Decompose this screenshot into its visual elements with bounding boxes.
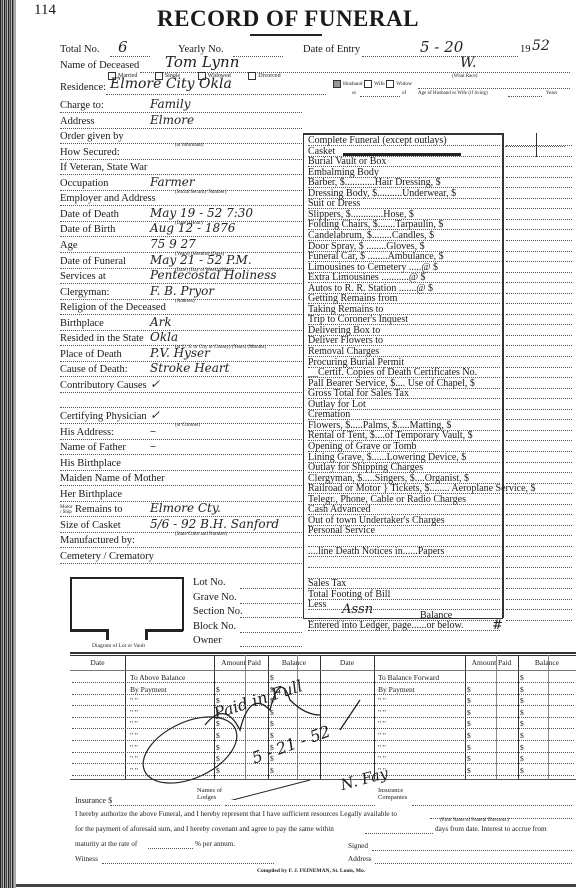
firm-name-note: (Firm Name of Funeral Directors.): [440, 818, 509, 823]
charge-item: Balance: [420, 610, 452, 621]
field-label: Resided in the State: [60, 333, 144, 344]
charge-amount-field[interactable]: [506, 514, 572, 515]
field-label: Religion of the Deceased: [60, 302, 166, 313]
charge-amount-field[interactable]: [506, 472, 572, 473]
ledger-currency: $: [520, 766, 524, 775]
charge-item: Cremation: [308, 409, 350, 420]
field-value[interactable]: 5/6 - 92 B.H. Sanford: [150, 517, 279, 531]
charge-amount-field[interactable]: [506, 187, 572, 188]
charge-item: Trip to Coroner's Inquest: [308, 314, 408, 325]
charge-item: Door Spray, $ ........Gloves, $: [308, 241, 425, 252]
charge-amount-field[interactable]: [506, 440, 572, 441]
charge-item: Limousines to Cemetery .....@ $: [308, 262, 438, 273]
field-value[interactable]: 75 9 27: [150, 237, 196, 251]
field-value[interactable]: ✓: [150, 377, 160, 391]
ledger-currency: $: [467, 685, 471, 694]
field-label: Size of Casket: [60, 520, 121, 531]
charge-amount-field[interactable]: [506, 409, 572, 410]
lot-field-input[interactable]: [240, 632, 302, 633]
field-label: Manufactured by:: [60, 535, 135, 546]
address-label: Address: [348, 855, 372, 863]
field-label: Name of Father: [60, 442, 126, 453]
charge-amount-field[interactable]: [506, 229, 572, 230]
charge-item: Flowers, $.....Palms, $.....Matting, $: [308, 420, 451, 431]
field-label: Clergyman:: [60, 287, 109, 298]
authorization-line-2b: days from date. Interest to accrue from: [435, 825, 547, 833]
field-label: Contributory Causes: [60, 380, 147, 391]
charge-item: Burial Vault or Box: [308, 156, 386, 167]
charge-item: Rental of Tent, $....of Temporary Vault,…: [308, 430, 473, 441]
charge-item: Candelabrum, $........Candles, $: [308, 230, 434, 241]
charge-amount-field[interactable]: [506, 398, 572, 399]
charge-item: Autos to R. R. Station .......@ $: [308, 283, 433, 294]
charge-item: Extra Limousines ...........@ $: [308, 272, 426, 283]
lot-field-input[interactable]: [240, 617, 302, 618]
field-value[interactable]: Farmer: [150, 175, 195, 189]
field-label: Order given by: [60, 131, 124, 142]
field-value[interactable]: Pentecostal Holiness: [150, 268, 277, 282]
charge-amount-field[interactable]: [506, 462, 572, 463]
charge-item: Dressing Body, $..........Underwear, $: [308, 188, 456, 199]
ledger-currency: $: [520, 719, 524, 728]
ledger-header: Amount Paid: [465, 658, 518, 667]
charge-amount-field[interactable]: [506, 483, 572, 484]
field-label: If Veteran, State War: [60, 162, 147, 173]
checkbox-divorced[interactable]: [248, 72, 256, 80]
charge-item: Clergyman, $.....Singers, $....Organist,…: [308, 473, 469, 484]
charge-amount-field[interactable]: [506, 282, 572, 283]
charge-item: Total Footing of Bill: [308, 589, 390, 600]
ledger-currency: $: [520, 743, 524, 752]
authorization-line-3: maturity at the rate of: [75, 840, 137, 848]
charge-item: Procuring Burial Permit: [308, 357, 404, 368]
charge-amount-field[interactable]: [506, 620, 572, 621]
charge-amount-field[interactable]: [506, 145, 572, 146]
field-label: Date of Death: [60, 209, 119, 220]
checkbox-widow[interactable]: [386, 80, 394, 88]
charge-amount-field[interactable]: [506, 609, 572, 610]
spouse-wife[interactable]: Wife: [364, 81, 385, 87]
total-no-label: Total No.: [60, 44, 100, 55]
charge-item: Lining Grave, $......Lowering Device, $: [308, 452, 466, 463]
field-label: His Birthplace: [60, 458, 121, 469]
field-label: Maiden Name of Mother: [60, 473, 165, 484]
charge-amount-field[interactable]: [506, 303, 572, 304]
authorization-line-2: for the payment of aforesaid sum, and I …: [75, 825, 334, 833]
charge-item: Barber, $............Hair Dressing, $: [308, 177, 441, 188]
witness-label: Witness: [75, 855, 98, 863]
spouse-of: of: [402, 91, 406, 96]
charge-amount-field[interactable]: [506, 177, 572, 178]
charge-amount-field[interactable]: [506, 430, 572, 431]
insurance-label: Insurance $: [75, 796, 112, 805]
charge-amount-field[interactable]: [506, 272, 572, 273]
title-rule: [250, 34, 322, 36]
spouse-widow[interactable]: Widow: [386, 81, 412, 87]
charge-item: ....line Death Notices in......Papers: [308, 546, 444, 557]
charge-item: Entered into Ledger, page......or below.: [308, 620, 464, 631]
spouse-years-label: Years: [546, 91, 557, 96]
charge-item: Casket: [308, 146, 335, 157]
charge-item: Removal Charges: [308, 346, 379, 357]
field-label: His Address:: [60, 427, 114, 438]
authorization-line-1: I hereby authorize the above Funeral, an…: [75, 810, 397, 818]
charge-item: Suit or Dress: [308, 198, 360, 209]
charge-item: Railroad or Motor } Tickets, $........ A…: [308, 483, 536, 494]
book-binding-line: [14, 0, 16, 888]
ledger-currency: $: [467, 708, 471, 717]
ledger-currency: $: [467, 766, 471, 775]
ledger-currency: $: [467, 743, 471, 752]
charge-item: Opening of Grave or Tomb: [308, 441, 417, 452]
marital-divorced[interactable]: Divorced: [248, 73, 280, 79]
lot-field-label: Lot No.: [193, 577, 226, 588]
charge-item: Folding Chairs, $.......Tarpaulin, $: [308, 219, 443, 230]
charge-item: Taking Remains to: [308, 304, 383, 315]
field-value[interactable]: F. B. Pryor: [150, 284, 214, 298]
lot-field-label: Block No.: [193, 621, 236, 632]
ledger-currency: $: [520, 731, 524, 740]
race-note: (What Race): [452, 74, 477, 79]
charge-amount-field[interactable]: [506, 367, 572, 368]
ledger-right-entry: To Balance Forward: [378, 673, 439, 682]
lot-field-label: Section No.: [193, 606, 243, 617]
lot-field-label: Owner: [193, 635, 222, 646]
lodges-label: Names of Lodges: [197, 787, 227, 801]
charge-amount-field[interactable]: [506, 546, 572, 547]
ledger-header: Date: [70, 658, 125, 667]
field-note: (or Coroner): [175, 423, 200, 428]
field-value[interactable]: –: [150, 424, 156, 438]
charge-amount-field[interactable]: [506, 356, 572, 357]
charge-amount-field[interactable]: [506, 493, 572, 494]
witness-field[interactable]: [102, 863, 274, 864]
year-prefix: 19: [520, 44, 531, 55]
charge-item: Less: [308, 599, 326, 610]
spouse-or: or: [352, 91, 356, 96]
charge-amount-field[interactable]: [506, 567, 572, 568]
name-of-deceased-label: Name of Deceased: [60, 60, 139, 71]
charge-amount-field[interactable]: [506, 324, 572, 325]
ledger-header: Amount Paid: [214, 658, 268, 667]
total-no-field[interactable]: 6: [118, 38, 128, 56]
field-label: Certifying Physician: [60, 411, 147, 422]
charge-amount-field[interactable]: [506, 198, 572, 199]
field-value[interactable]: Ark: [150, 315, 172, 329]
field-label: Remains to: [75, 504, 123, 515]
lot-diagram-box: [70, 577, 184, 631]
charge-item: Delivering Box to: [308, 325, 380, 336]
lot-field-input[interactable]: [240, 603, 302, 604]
field-label: Charge to:: [60, 100, 104, 111]
spouse-age-label: Age of Husband or Wife (if living): [418, 91, 488, 96]
charge-amount-field[interactable]: [506, 335, 572, 336]
charge-item: Funeral Car, $ ........Ambulance, $: [308, 251, 444, 262]
charge-amount-field[interactable]: [506, 578, 572, 579]
authorization-line-3b: % per annum.: [195, 840, 235, 848]
charge-item: Telegr., Phone, Cable or Radio Charges: [308, 494, 466, 505]
charge-amount-field[interactable]: [506, 525, 572, 526]
book-binding-edge: [0, 0, 14, 888]
charge-amount-field[interactable]: [506, 166, 572, 167]
field-value[interactable]: Family: [150, 97, 191, 111]
less-value[interactable]: Assn: [342, 602, 373, 617]
balance-value[interactable]: #: [492, 618, 503, 633]
charge-item: Embalming Body: [308, 167, 379, 178]
charge-item: Sales Tax: [308, 578, 346, 589]
lot-field-label: Grave No.: [193, 592, 237, 603]
charge-item: Gross Total for Sales Tax: [308, 388, 409, 399]
year-field[interactable]: 52: [532, 38, 550, 54]
field-label: Occupation: [60, 178, 108, 189]
ledger-currency: $: [520, 673, 524, 682]
field-value[interactable]: May 21 - 52 P.M.: [150, 253, 252, 267]
field-value[interactable]: Stroke Heart: [150, 361, 229, 375]
field-label: Cemetery / Crematory: [60, 551, 154, 562]
lot-field-input[interactable]: [240, 588, 302, 589]
field-note: (or informant): [175, 143, 203, 148]
motor-ship-label: Motor / Ship: [60, 505, 72, 515]
charge-amount-field[interactable]: [506, 419, 572, 420]
charge-amount-field[interactable]: [506, 156, 572, 157]
ledger-currency: $: [467, 754, 471, 763]
charge-amount-field[interactable]: [506, 556, 572, 557]
spouse-husband[interactable]: Husband: [333, 81, 363, 87]
charge-item: Slippers, $.............Hose, $: [308, 209, 414, 220]
field-label: Employer and Address: [60, 193, 156, 204]
charge-amount-field[interactable]: [506, 208, 572, 209]
date-of-entry-field[interactable]: 5 - 20: [420, 38, 463, 56]
residence-field[interactable]: Elmore City Okla: [110, 76, 232, 92]
checkbox-husband-checked[interactable]: [333, 80, 341, 88]
ledger-right-entry: By Payment: [378, 685, 415, 694]
field-label: How Secured:: [60, 147, 120, 158]
charge-item: Complete Funeral (except outlays): [308, 135, 447, 146]
ledger-currency: $: [520, 754, 524, 763]
charge-amount-field[interactable]: [506, 599, 572, 600]
charge-amount-field[interactable]: [506, 345, 572, 346]
charge-amount-field[interactable]: [506, 535, 572, 536]
name-of-deceased-field[interactable]: Tom Lynn: [165, 53, 239, 71]
residence-label: Residence:: [60, 82, 106, 93]
field-label: Services at: [60, 271, 106, 282]
signed-label: Signed: [348, 842, 368, 850]
companies-label: Insurance Companies: [378, 787, 416, 801]
ledger-currency: $: [520, 685, 524, 694]
field-label: Cause of Death:: [60, 364, 128, 375]
field-value[interactable]: May 19 - 52 7:30: [150, 206, 253, 220]
charge-amount-field[interactable]: [506, 377, 572, 378]
form-title: RECORD OF FUNERAL: [0, 6, 576, 32]
spouse-options: Husband Wife Widow: [333, 80, 412, 88]
lot-diagram-label: Diagram of Lot or Vault: [92, 643, 145, 649]
ledger-currency: $: [467, 696, 471, 705]
field-label: Date of Birth: [60, 224, 115, 235]
charge-item: Outlay for Lot: [308, 399, 366, 410]
field-value[interactable]: Elmore Cty.: [150, 501, 221, 515]
ledger-currency: $: [520, 696, 524, 705]
field-note: (State Color and Number): [175, 532, 227, 537]
charge-amount-field[interactable]: [506, 588, 572, 589]
charge-item: Getting Remains from: [308, 293, 397, 304]
charge-amount-field[interactable]: [506, 240, 572, 241]
ledger-currency: $: [520, 708, 524, 717]
field-value[interactable]: Okla: [150, 330, 178, 344]
charge-item: __Certif. Copies of Death Certificates N…: [308, 367, 477, 378]
field-label: Age: [60, 240, 78, 251]
compiled-by-credit: Compiled by F. J. FEINEMAN, St. Louis, M…: [257, 868, 365, 874]
charge-item: Cash Advanced: [308, 504, 371, 515]
charge-amount-field[interactable]: [506, 388, 572, 389]
charge-item: Deliver Flowers to: [308, 335, 383, 346]
field-label: Her Birthplace: [60, 489, 122, 500]
charge-amount-field[interactable]: [506, 314, 572, 315]
charge-amount-field[interactable]: [506, 451, 572, 452]
ledger-currency: $: [467, 731, 471, 740]
field-label: Birthplace: [60, 318, 104, 329]
field-value[interactable]: Elmore: [150, 113, 194, 127]
signed-field[interactable]: [372, 850, 572, 851]
charge-item: Pall Bearer Service, $.... Use of Chapel…: [308, 378, 475, 389]
charge-amount-field[interactable]: [506, 219, 572, 220]
charge-item: Personal Service: [308, 525, 375, 536]
field-value[interactable]: Aug 12 - 1876: [150, 221, 235, 235]
race-field[interactable]: W.: [460, 55, 476, 71]
charge-amount-field[interactable]: [506, 293, 572, 294]
field-note: (Address): [175, 299, 195, 304]
field-value[interactable]: P.V. Hyser: [150, 346, 210, 360]
date-of-entry-label: Date of Entry: [303, 44, 360, 55]
ledger-header: Balance: [268, 658, 320, 667]
checkbox-wife[interactable]: [364, 80, 372, 88]
field-value[interactable]: ✓: [150, 408, 160, 422]
ledger-header: Date: [320, 658, 374, 667]
lot-field-input[interactable]: [240, 646, 302, 647]
charge-item: Outlay for Shipping Charges: [308, 462, 423, 473]
field-label: Place of Death: [60, 349, 122, 360]
field-label: Address: [60, 116, 94, 127]
charge-item: Out of town Undertaker's Charges: [308, 515, 445, 526]
charge-amount-field[interactable]: [506, 251, 572, 252]
field-note: (Social Security Number): [175, 190, 226, 195]
field-label: Date of Funeral: [60, 256, 126, 267]
ledger-currency: $: [467, 719, 471, 728]
ledger-header: Balance: [518, 658, 576, 667]
address-field[interactable]: [375, 863, 572, 864]
charge-amount-field[interactable]: [506, 261, 572, 262]
field-value[interactable]: –: [150, 439, 156, 453]
charge-amount-field[interactable]: [506, 504, 572, 505]
